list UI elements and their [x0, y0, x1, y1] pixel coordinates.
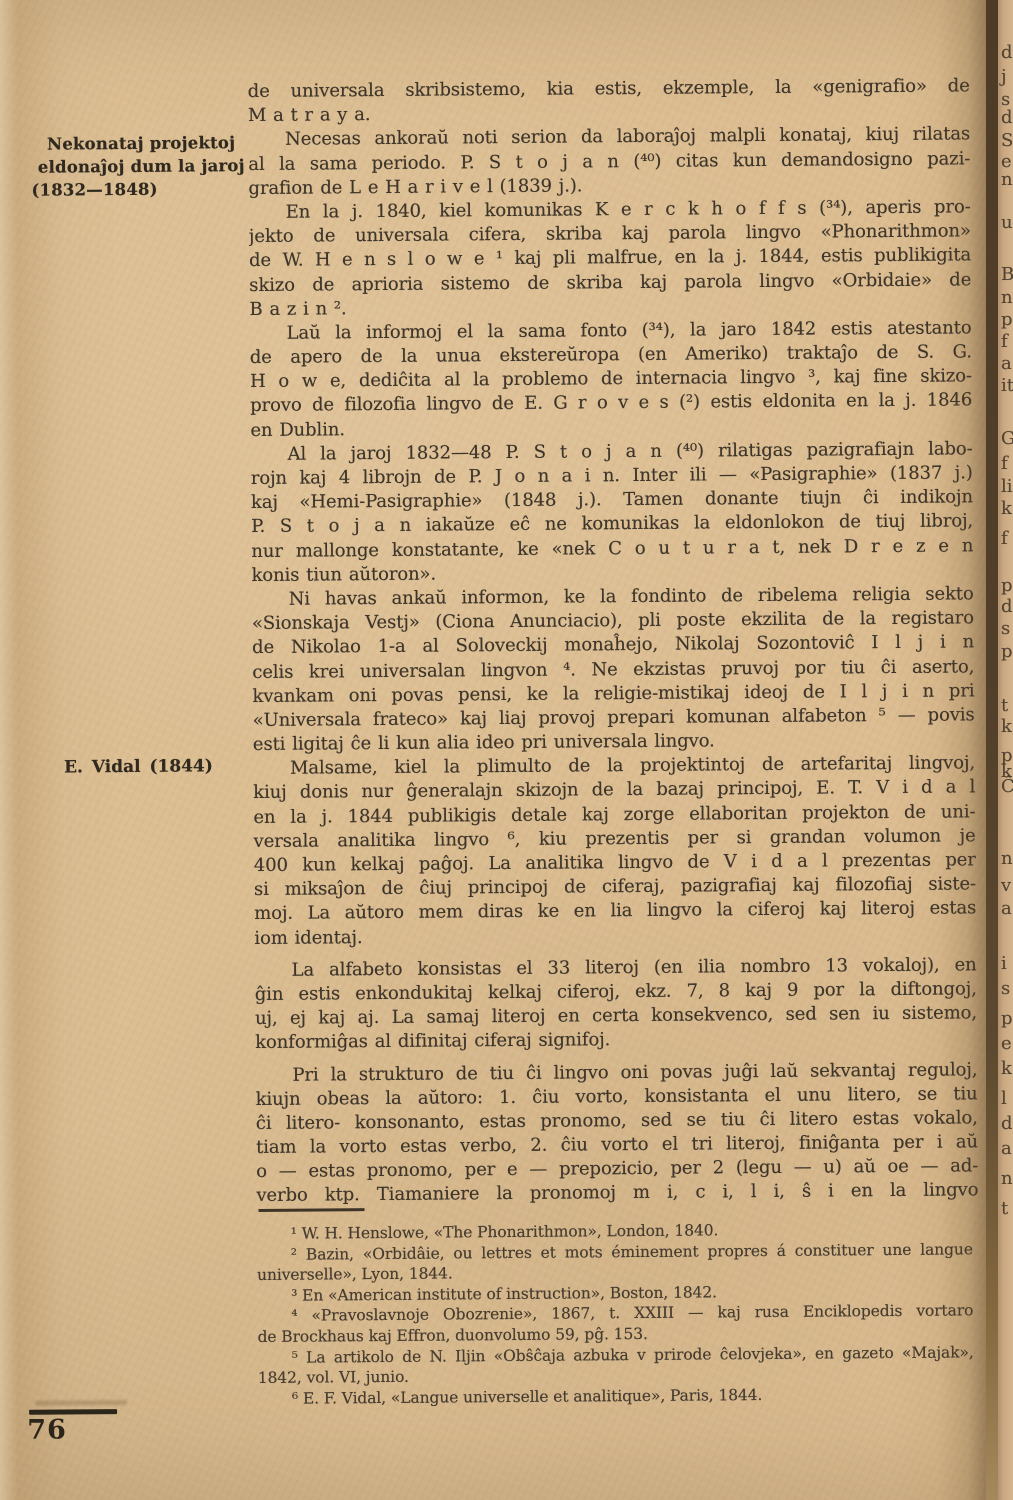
- text-line: konformiĝas al difinitaj ciferaj signifo…: [255, 1026, 977, 1056]
- edge-letter-fragment: a: [1001, 900, 1013, 918]
- edge-letter-fragment: n: [1001, 1170, 1013, 1188]
- edge-letter-fragment: it: [1001, 377, 1013, 395]
- edge-letter-fragment: d: [1001, 1115, 1013, 1133]
- paragraph: Nekonataj projektoj kajeldonaĵoj dum la …: [31, 131, 252, 202]
- edge-letter-fragment: p: [1001, 311, 1013, 329]
- paragraph: Malsame, kiel la plimulto de la projekti…: [253, 752, 976, 951]
- paragraph: ⁴ «Pravoslavnoje Obozrenie», 1867, t. XX…: [257, 1301, 973, 1348]
- text-line: Nekonataj projektoj kaj: [31, 131, 251, 156]
- text-line: eldonaĵoj dum la jaroj: [31, 154, 251, 179]
- edge-letter-fragment: p: [1001, 1010, 1013, 1028]
- edge-letter-fragment: s: [1001, 620, 1013, 638]
- edge-letter-fragment: Ĉ: [1001, 778, 1013, 796]
- edge-letter-fragment: e: [1001, 1035, 1013, 1053]
- edge-letter-fragment: u: [1001, 214, 1013, 232]
- footnote-separator: [259, 1208, 365, 1211]
- edge-letter-fragment: n: [1001, 850, 1013, 868]
- text-line: E. Vidal (1844): [64, 755, 264, 779]
- edge-letter-fragment: a: [1001, 1140, 1013, 1158]
- gutter-fragments: djsdSenuBnpfaitGflikfpdsptkpkĈnvaispekld…: [998, 0, 1013, 1500]
- book-gutter-line: [986, 0, 998, 1500]
- edge-letter-fragment: S: [1001, 132, 1013, 150]
- edge-letter-fragment: n: [1001, 171, 1013, 189]
- edge-letter-fragment: B: [1001, 266, 1013, 284]
- paragraph: ⁵ La artikolo de N. Iljin «Obŝĉaja azbuk…: [258, 1342, 974, 1389]
- page-content: Nekonataj projektoj kajeldonaĵoj dum la …: [0, 0, 1013, 1500]
- paragraph: En la j. 1840, kiel komunikas K e r c k …: [249, 195, 972, 322]
- paragraph: de universala skribsistemo, kia estis, e…: [248, 74, 970, 128]
- edge-letter-fragment: a: [1001, 355, 1013, 373]
- gutter-shadow: [938, 0, 986, 1500]
- paragraph: E. Vidal (1844): [64, 755, 264, 779]
- margin-note-unknown-projects: Nekonataj projektoj kajeldonaĵoj dum la …: [31, 131, 252, 202]
- text-line: verbo ktp. Tiamaniere la pronomoj m i, c…: [256, 1179, 978, 1209]
- edge-letter-fragment: k: [1001, 1060, 1013, 1078]
- edge-letter-fragment: k: [1001, 500, 1013, 518]
- paragraph: La alfabeto konsistas el 33 literoj (en …: [255, 953, 978, 1055]
- margin-note-vidal: E. Vidal (1844): [64, 755, 264, 779]
- edge-letter-fragment: p: [1001, 643, 1013, 661]
- edge-letter-fragment: t: [1001, 697, 1013, 715]
- paragraph: Necesas ankoraŭ noti serion da laboraĵoj…: [248, 123, 971, 201]
- edge-letter-fragment: v: [1001, 877, 1013, 895]
- paragraph: ² Bazin, «Orbidâie, ou lettres et mots é…: [257, 1239, 973, 1286]
- edge-letter-fragment: n: [1001, 289, 1013, 307]
- edge-letter-fragment: j: [1001, 68, 1013, 86]
- footnotes-column: ¹ W. H. Henslowe, «The Phonarithmon», Lo…: [257, 1218, 974, 1409]
- edge-letter-fragment: f: [1001, 455, 1013, 473]
- edge-letter-fragment: li: [1001, 478, 1013, 496]
- edge-letter-fragment: l: [1001, 1090, 1013, 1108]
- facing-page-edge: djsdSenuBnpfaitGflikfpdsptkpkĈnvaispekld…: [998, 0, 1013, 1500]
- edge-letter-fragment: G: [1001, 430, 1013, 448]
- text-line: (1832—1848): [31, 177, 251, 202]
- scanned-book-page: Nekonataj projektoj kajeldonaĵoj dum la …: [0, 0, 1013, 1500]
- edge-letter-fragment: f: [1001, 530, 1013, 548]
- edge-letter-fragment: t: [1001, 1200, 1013, 1218]
- paragraph: Ni havas ankaŭ informon, ke la fondinto …: [252, 582, 975, 757]
- edge-letter-fragment: d: [1001, 598, 1013, 616]
- paragraph: Pri la strukturo de tiu ĉi lingvo oni po…: [255, 1058, 978, 1209]
- edge-letter-fragment: d: [1001, 44, 1013, 62]
- edge-letter-fragment: k: [1001, 718, 1013, 736]
- edge-letter-fragment: i: [1001, 955, 1013, 973]
- page-number: 76: [27, 1414, 67, 1445]
- edge-letter-fragment: d: [1001, 109, 1013, 127]
- body-text-column: de universala skribsistemo, kia estis, e…: [248, 74, 979, 1208]
- paragraph: Al la jaroj 1832—48 P. S t o j a n (⁴⁰) …: [251, 437, 974, 588]
- edge-letter-fragment: p: [1001, 577, 1013, 595]
- edge-letter-fragment: s: [1001, 980, 1013, 998]
- paragraph: Laŭ la informoj el la sama fonto (³⁴), l…: [250, 316, 973, 443]
- edge-letter-fragment: f: [1001, 333, 1013, 351]
- bleed-through-smudge: [35, 1400, 127, 1406]
